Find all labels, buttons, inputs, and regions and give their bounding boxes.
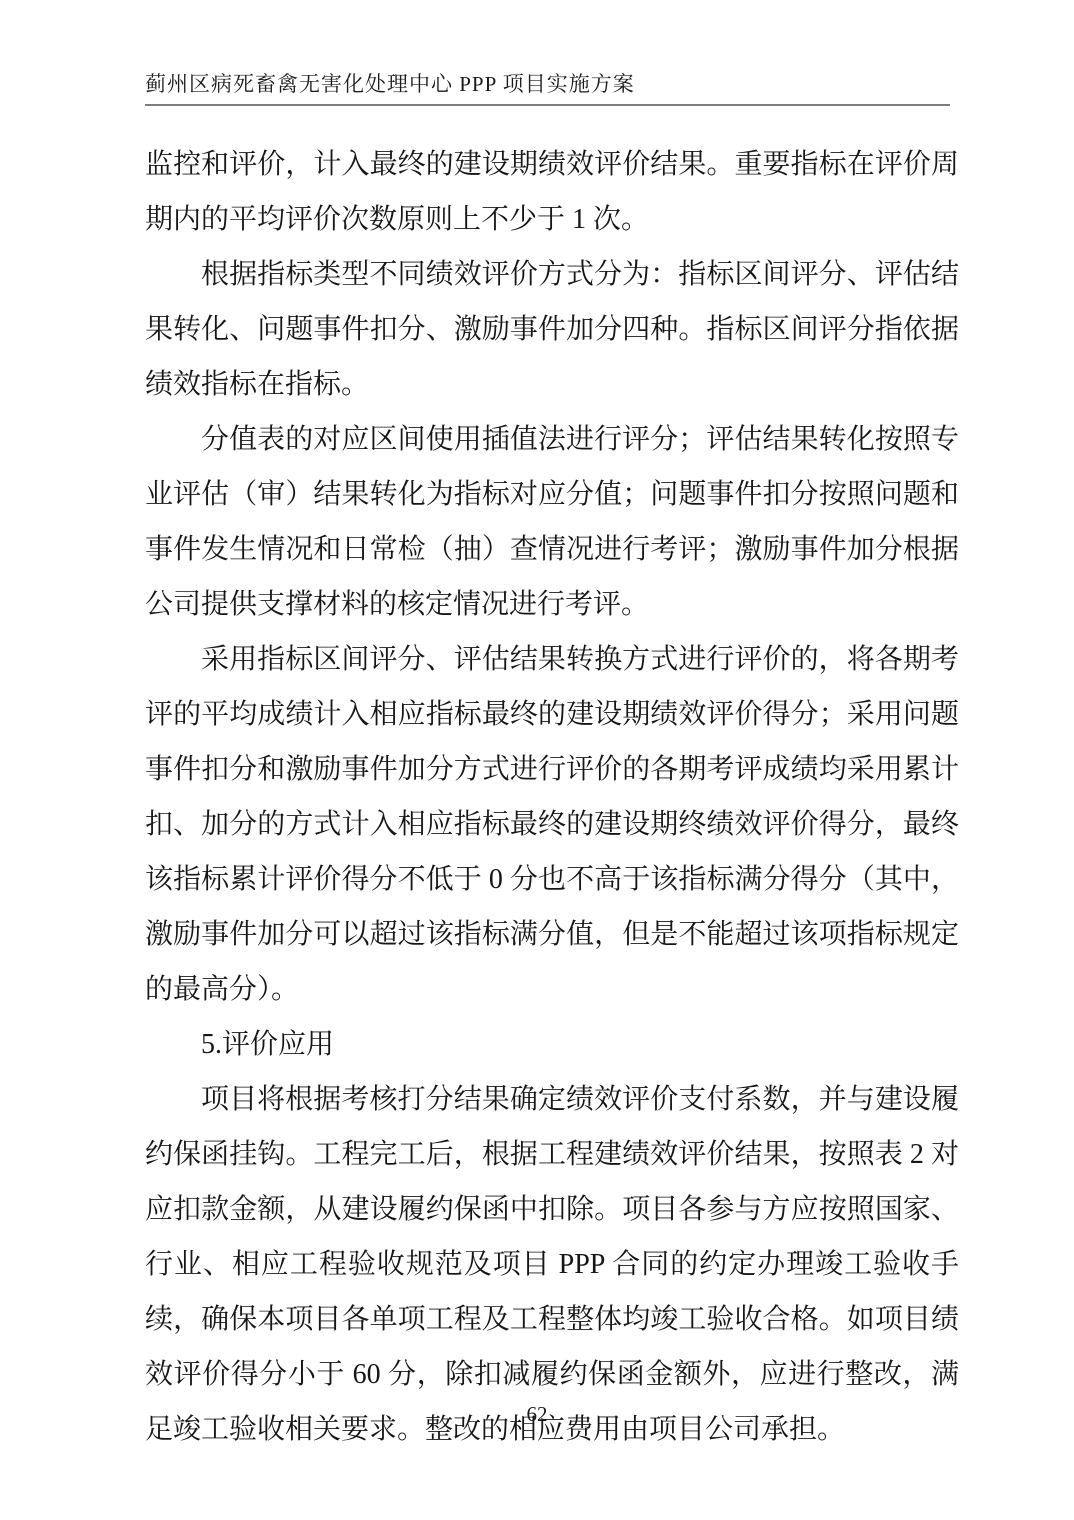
paragraph-continuation: 监控和评价，计入最终的建设期绩效评价结果。重要指标在评价周期内的平均评价次数原则… bbox=[145, 137, 959, 247]
page-footer: 62 bbox=[0, 1402, 1074, 1427]
document-body: 监控和评价，计入最终的建设期绩效评价结果。重要指标在评价周期内的平均评价次数原则… bbox=[145, 137, 959, 1457]
header-title: 蓟州区病死畜禽无害化处理中心 PPP 项目实施方案 bbox=[145, 72, 635, 96]
paragraph: 项目将根据考核打分结果确定绩效评价支付系数，并与建设履约保函挂钩。工程完工后，根… bbox=[145, 1072, 959, 1457]
page-number: 62 bbox=[527, 1402, 548, 1426]
paragraph: 根据指标类型不同绩效评价方式分为：指标区间评分、评估结果转化、问题事件扣分、激励… bbox=[145, 247, 959, 412]
document-page: 蓟州区病死畜禽无害化处理中心 PPP 项目实施方案 监控和评价，计入最终的建设期… bbox=[0, 0, 1074, 1520]
page-header: 蓟州区病死畜禽无害化处理中心 PPP 项目实施方案 bbox=[145, 70, 950, 106]
section-heading: 5.评价应用 bbox=[145, 1017, 959, 1072]
paragraph: 采用指标区间评分、评估结果转换方式进行评价的，将各期考评的平均成绩计入相应指标最… bbox=[145, 632, 959, 1017]
paragraph: 分值表的对应区间使用插值法进行评分；评估结果转化按照专业评估（审）结果转化为指标… bbox=[145, 412, 959, 632]
